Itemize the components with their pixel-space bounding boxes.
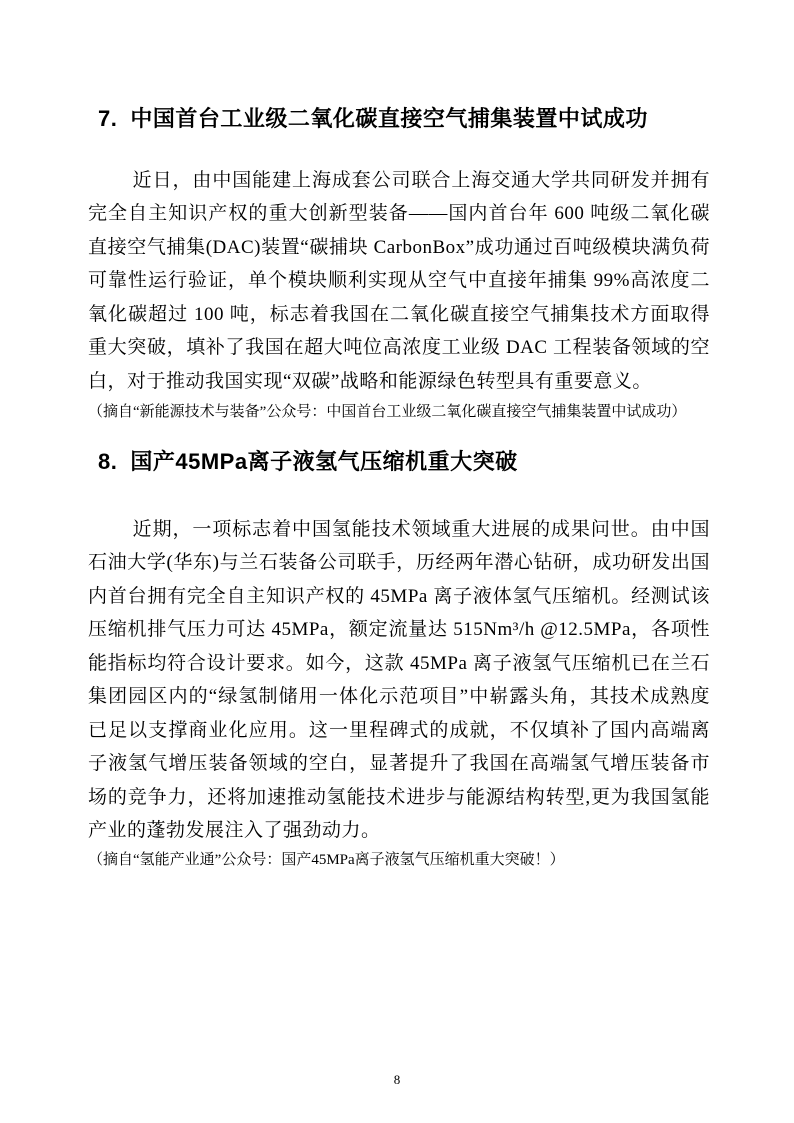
page-footer: 8 bbox=[0, 1071, 794, 1089]
section-7-heading: 7.中国首台工业级二氧化碳直接空气捕集装置中试成功 bbox=[88, 104, 710, 134]
section-co2-capture: 7.中国首台工业级二氧化碳直接空气捕集装置中试成功 近日，由中国能建上海成套公司… bbox=[88, 104, 710, 425]
section-7-number: 7. bbox=[98, 104, 117, 134]
section-hydrogen-compressor: 8.国产45MPa离子液氢气压缩机重大突破 近期，一项标志着中国氢能技术领域重大… bbox=[88, 447, 710, 873]
section-8-title: 国产45MPa离子液氢气压缩机重大突破 bbox=[130, 449, 517, 474]
section-8-heading: 8.国产45MPa离子液氢气压缩机重大突破 bbox=[88, 447, 710, 477]
section-7-title: 中国首台工业级二氧化碳直接空气捕集装置中试成功 bbox=[130, 106, 648, 131]
section-8-body-paragraph: 近期，一项标志着中国氢能技术领域重大进展的成果问世。由中国石油大学(华东)与兰石… bbox=[88, 513, 710, 848]
document-page: 7.中国首台工业级二氧化碳直接空气捕集装置中试成功 近日，由中国能建上海成套公司… bbox=[0, 0, 794, 1123]
section-7-citation: （摘自“新能源技术与装备”公众号：中国首台工业级二氧化碳直接空气捕集装置中试成功… bbox=[88, 400, 710, 425]
section-7-body-paragraph: 近日，由中国能建上海成套公司联合上海交通大学共同研发并拥有完全自主知识产权的重大… bbox=[88, 164, 710, 399]
section-8-number: 8. bbox=[98, 447, 117, 477]
page-number: 8 bbox=[394, 1072, 401, 1087]
section-8-citation: （摘自“氢能产业通”公众号：国产45MPa离子液氢气压缩机重大突破！） bbox=[88, 848, 710, 873]
